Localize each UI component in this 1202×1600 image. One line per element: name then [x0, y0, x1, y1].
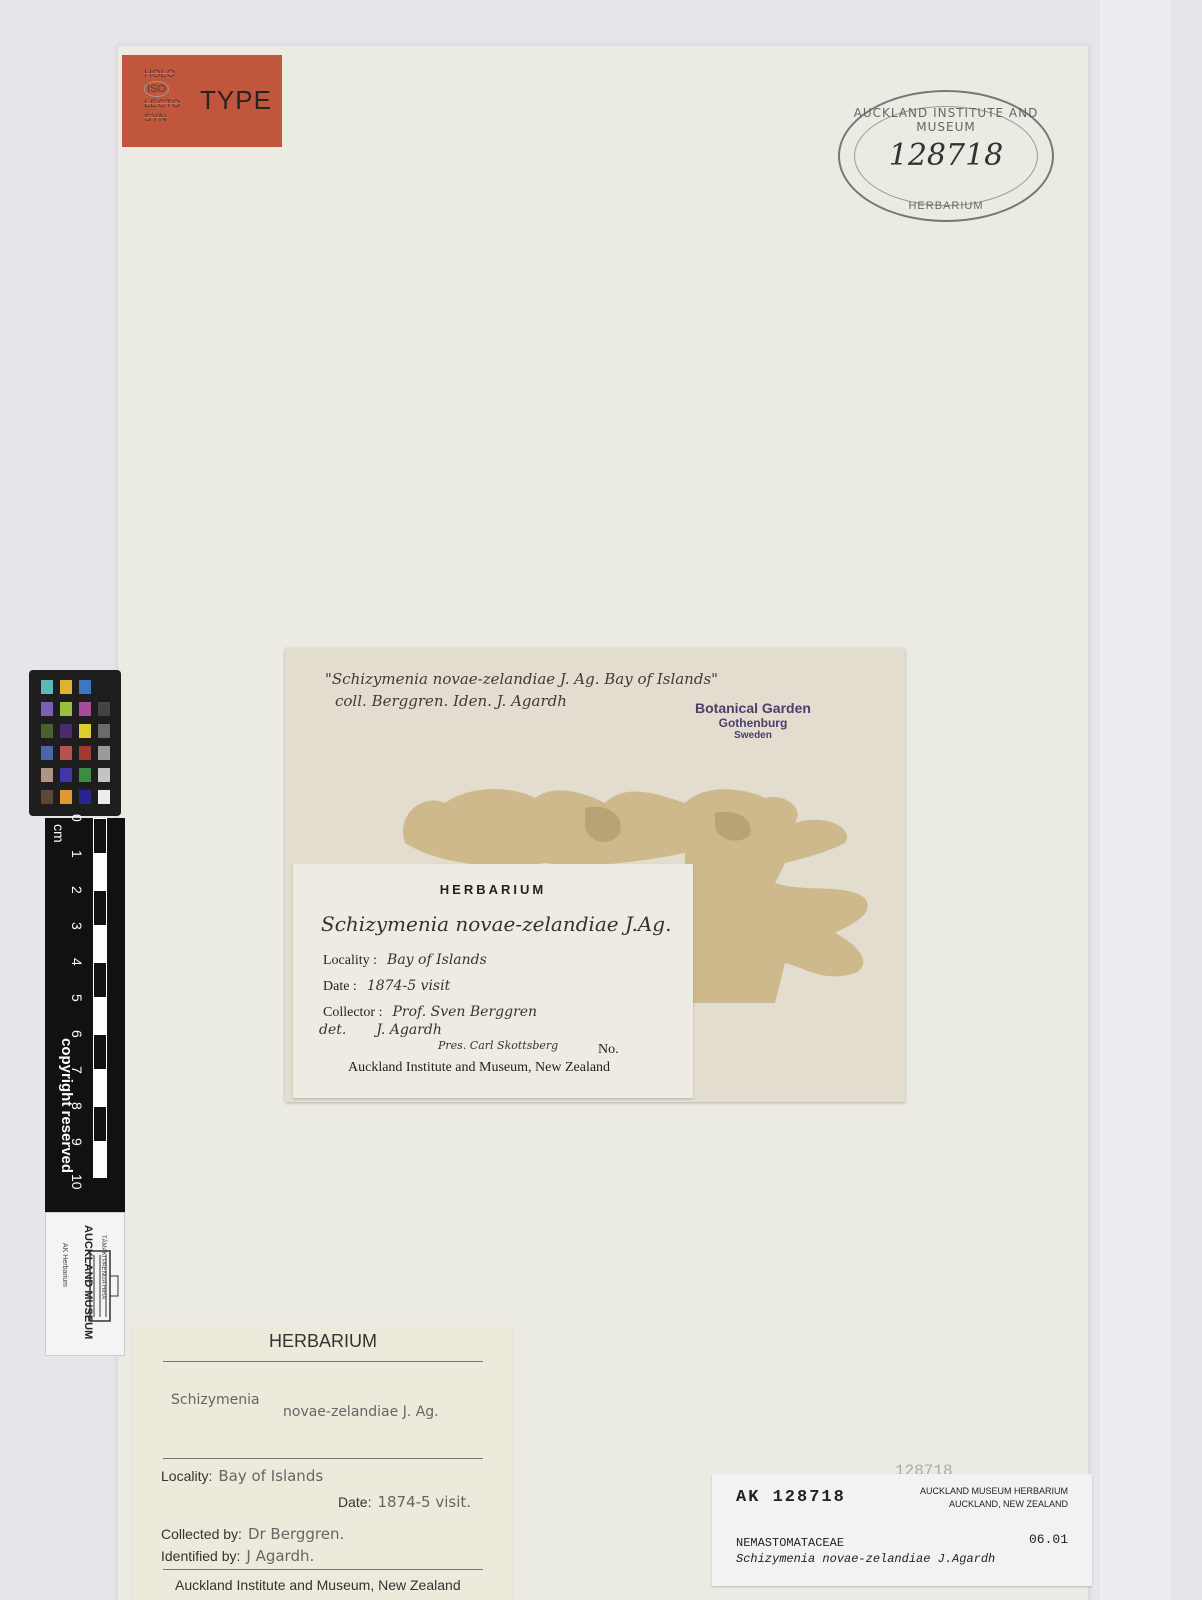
ruler-tick-label: 0 [69, 814, 85, 822]
label2-identified-value: J Agardh. [246, 1547, 314, 1565]
color-swatch [60, 702, 72, 716]
herbarium-card-species: Schizymenia novae-zelandiae J.Ag. [321, 912, 671, 936]
herbarium-card-collector: Collector :Prof. Sven Berggren [323, 1004, 537, 1021]
institution-block: AUCKLAND MUSEUM HERBARIUM AUCKLAND, NEW … [920, 1486, 1068, 1509]
label2-divider-bottom [163, 1569, 483, 1570]
color-swatch [79, 702, 91, 716]
label2-divider-mid [163, 1458, 483, 1459]
cm-ruler: cm 012345678910 copyright reserved [45, 818, 125, 1212]
herbarium-card-title: HERBARIUM [293, 882, 693, 897]
color-swatch [98, 724, 110, 738]
locality-label: Locality : [323, 953, 377, 968]
ruler-segment [93, 1070, 107, 1106]
label2-date: Date:1874-5 visit. [338, 1493, 471, 1511]
taxon-name: Schizymenia novae-zelandiae J.Agardh [736, 1552, 995, 1566]
ruler-tick-label: 10 [69, 1174, 85, 1190]
label2-date-label: Date: [338, 1494, 371, 1510]
gothenburg-stamp: Botanical Garden Gothenburg Sweden [695, 700, 811, 741]
accession-label: AK 128718 AUCKLAND MUSEUM HERBARIUM AUCK… [712, 1474, 1092, 1586]
gothenburg-stamp-line2: Gothenburg [695, 716, 811, 730]
date-label: Date : [323, 979, 357, 994]
label2-collected: Collected by:Dr Berggren. [161, 1525, 344, 1543]
label2-locality-label: Locality: [161, 1468, 212, 1484]
label2-locality-value: Bay of Islands [218, 1467, 323, 1485]
color-swatch [60, 768, 72, 782]
packet-handwriting-line1: "Schizymenia novae-zelandiae J. Ag. Bay … [325, 668, 718, 690]
gothenburg-stamp-line3: Sweden [695, 730, 811, 741]
herbarium-card-date: Date :1874-5 visit [323, 978, 450, 995]
family-code: 06.01 [1029, 1532, 1068, 1547]
institution-line1: AUCKLAND MUSEUM HERBARIUM [920, 1486, 1068, 1496]
stamp-number: 128718 [840, 138, 1052, 173]
ruler-tick-label: 6 [69, 1030, 85, 1038]
color-swatch [79, 724, 91, 738]
ruler-tick-label: 2 [69, 886, 85, 894]
label2-identified: Identified by:J Agardh. [161, 1547, 314, 1565]
color-swatch [60, 790, 72, 804]
label2-collected-label: Collected by: [161, 1526, 242, 1542]
ruler-segment [93, 1142, 107, 1178]
color-swatch [41, 768, 53, 782]
packet-handwriting: "Schizymenia novae-zelandiae J. Ag. Bay … [325, 668, 718, 712]
color-swatch [60, 724, 72, 738]
ruler-segment [93, 818, 107, 854]
ruler-segment [93, 854, 107, 890]
label2-divider-top [163, 1361, 483, 1362]
color-swatch [41, 680, 53, 694]
type-option-syn: SYN [144, 111, 180, 125]
color-swatch [98, 702, 110, 716]
stamp-top-text: AUCKLAND INSTITUTE AND MUSEUM [840, 106, 1052, 134]
type-options: HOLO ISO LECTO SYN [144, 67, 180, 125]
det-label: det. [319, 1022, 346, 1038]
color-swatch [98, 768, 110, 782]
accession-number: AK 128718 [736, 1488, 846, 1507]
label2-date-value: 1874-5 visit. [377, 1493, 471, 1511]
collector-label: Collector : [323, 1005, 383, 1020]
type-option-iso: ISO [144, 81, 169, 97]
type-status-label: HOLO ISO LECTO SYN TYPE [122, 55, 282, 147]
type-word: TYPE [200, 85, 272, 116]
label2-identified-label: Identified by: [161, 1548, 240, 1564]
locality-value: Bay of Islands [387, 952, 487, 968]
herbarium-card-no: No. [598, 1042, 619, 1058]
color-swatch [79, 680, 91, 694]
ruler-segment [93, 962, 107, 998]
background-strip [1100, 0, 1170, 1600]
label2-species-hand-1: Schizymenia [171, 1391, 260, 1408]
color-swatch [41, 746, 53, 760]
packet-handwriting-line2: coll. Berggren. Iden. J. Agardh [325, 690, 718, 712]
gothenburg-stamp-line1: Botanical Garden [695, 700, 811, 716]
family-name: NEMASTOMATACEAE [736, 1536, 844, 1550]
institution-line2: AUCKLAND, NEW ZEALAND [920, 1499, 1068, 1509]
herbarium-card-locality: Locality :Bay of Islands [323, 952, 487, 969]
ruler-tick-label: 3 [69, 922, 85, 930]
color-swatch [41, 724, 53, 738]
det-value: J. Agardh [376, 1022, 442, 1038]
accession-stamp: AUCKLAND INSTITUTE AND MUSEUM 128718 HER… [838, 90, 1054, 222]
color-swatch [41, 790, 53, 804]
color-swatch [98, 680, 110, 694]
color-swatch [79, 790, 91, 804]
label2-title: HERBARIUM [133, 1331, 513, 1352]
label2-species-hand-2: novae-zelandiae J. Ag. [283, 1403, 439, 1420]
date-value: 1874-5 visit [367, 978, 450, 994]
pres-value: Pres. Carl Skottsberg [438, 1039, 558, 1052]
herbarium-card-footer: Auckland Institute and Museum, New Zeala… [348, 1060, 610, 1076]
color-swatch [60, 746, 72, 760]
ruler-tick-label: 4 [69, 958, 85, 966]
color-swatch [41, 702, 53, 716]
museum-logo-panel: AUCKLAND MUSEUM TĀMAKI PAENGA HIRA AK He… [45, 1212, 125, 1356]
herbarium-label-2: HERBARIUM Schizymenia novae-zelandiae J.… [133, 1325, 513, 1600]
museum-dept: AK Herbarium [61, 1243, 68, 1287]
label2-collected-value: Dr Berggren. [248, 1525, 344, 1543]
stamp-bottom-text: HERBARIUM [840, 200, 1052, 212]
color-swatch [60, 680, 72, 694]
herbarium-card: HERBARIUM Schizymenia novae-zelandiae J.… [293, 864, 693, 1098]
color-swatch [98, 790, 110, 804]
herbarium-card-pres: Pres. Carl Skottsberg [438, 1039, 558, 1052]
ruler-segment [93, 926, 107, 962]
color-swatch [79, 746, 91, 760]
type-option-holo: HOLO [144, 67, 180, 81]
ruler-copyright: copyright reserved [58, 1038, 75, 1173]
collector-value: Prof. Sven Berggren [393, 1004, 538, 1020]
color-swatch [79, 768, 91, 782]
type-option-lecto: LECTO [144, 97, 180, 111]
museum-building-icon [86, 1241, 122, 1331]
color-swatch [98, 746, 110, 760]
ruler-tick-label: 5 [69, 994, 85, 1002]
ruler-tick-label: 1 [69, 850, 85, 858]
color-calibration-card [29, 670, 121, 816]
label2-locality: Locality:Bay of Islands [161, 1467, 323, 1485]
ruler-segment [93, 890, 107, 926]
ruler-segment [93, 1106, 107, 1142]
herbarium-card-det: det.J. Agardh [319, 1022, 442, 1039]
ruler-unit: cm [51, 824, 67, 843]
ruler-segment [93, 998, 107, 1034]
label2-footer: Auckland Institute and Museum, New Zeala… [175, 1577, 461, 1593]
ruler-segment [93, 1034, 107, 1070]
